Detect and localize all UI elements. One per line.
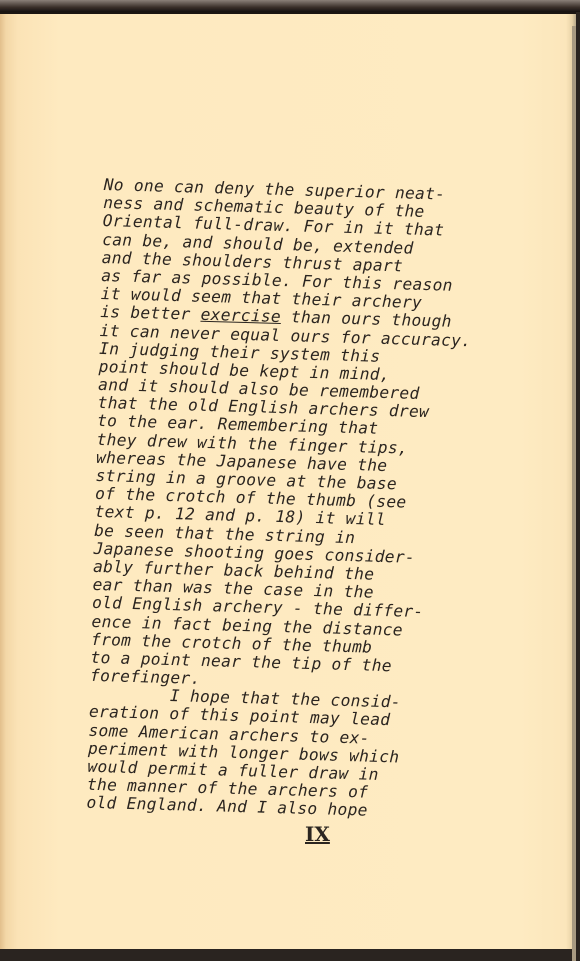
page-right-edge bbox=[572, 26, 576, 947]
page-number: IX bbox=[305, 822, 330, 846]
scan-top-edge bbox=[0, 0, 580, 12]
handwritten-text-block: No one can deny the superior neat- ness … bbox=[86, 176, 554, 825]
